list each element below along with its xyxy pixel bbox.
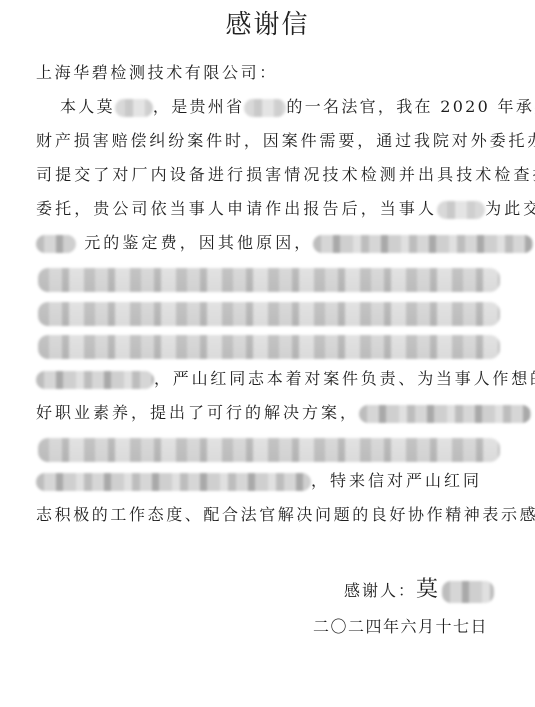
- redacted-text: [359, 405, 531, 423]
- redacted-line-6: [38, 268, 500, 292]
- paragraph-line-1: 本人莫，是贵州省的一名法官，我在 2020 年承办一件: [60, 96, 504, 118]
- redacted-text: [36, 473, 311, 491]
- redacted-city: [244, 99, 286, 117]
- redacted-name: [115, 99, 153, 117]
- redacted-line-7: [38, 302, 500, 326]
- paragraph-line-12: ，特来信对严山红同: [36, 470, 502, 492]
- redacted-signature: [442, 581, 494, 603]
- letter-title: 感谢信: [0, 4, 535, 41]
- paragraph-line-10: 好职业素养，提出了可行的解决方案，: [36, 402, 502, 424]
- paragraph-line-3: 司提交了对厂内设备进行损害情况技术检测并出具技术检查报告的: [36, 164, 502, 186]
- redacted-text: [36, 371, 154, 389]
- paragraph-line-4: 委托，贵公司依当事人申请作出报告后，当事人为此交纳了: [36, 198, 502, 220]
- redacted-line-11: [38, 438, 500, 462]
- letter-date: 二〇二四年六月十七日: [313, 614, 488, 637]
- redacted-party: [437, 201, 485, 219]
- redacted-text: [313, 235, 533, 253]
- salutation: 上海华碧检测技术有限公司：: [36, 62, 502, 84]
- paragraph-line-2: 财产损害赔偿纠纷案件时，因案件需要，通过我院对外委托办向贵公: [36, 130, 502, 152]
- paragraph-line-9: ，严山红同志本着对案件负责、为当事人作想的良: [36, 368, 502, 390]
- redacted-amount: [36, 235, 76, 253]
- redacted-line-8: [38, 335, 500, 359]
- paragraph-line-13: 志积极的工作态度、配合法官解决问题的良好协作精神表示感谢！: [36, 504, 502, 526]
- signature-line: 感谢人：莫: [344, 572, 494, 603]
- signature-name: 莫: [416, 577, 440, 602]
- signature-label: 感谢人：: [344, 581, 416, 600]
- paragraph-line-5: 元的鉴定费，因其他原因，: [36, 232, 502, 254]
